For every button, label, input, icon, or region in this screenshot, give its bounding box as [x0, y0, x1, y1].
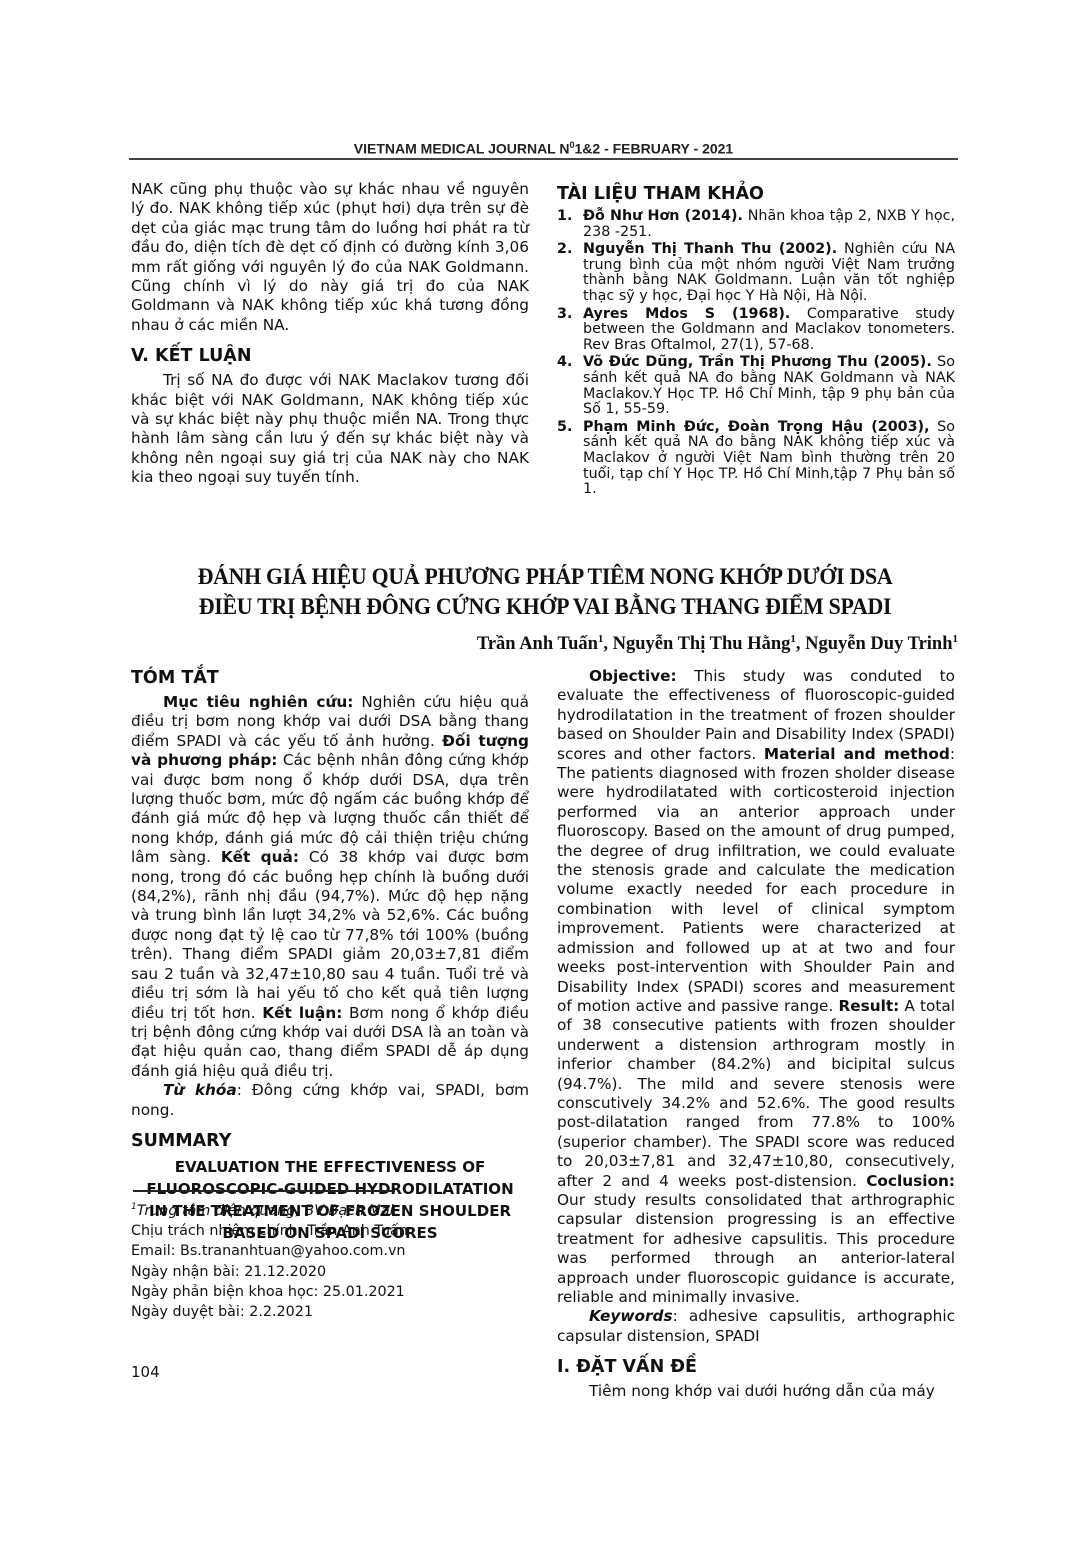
reference-authors: Nguyễn Thị Thanh Thu (2002). [583, 241, 837, 257]
keywords-label: Keywords [589, 1307, 673, 1325]
abstract-vietnamese: TÓM TẮT Mục tiêu nghiên cứu: Nghiên cứu … [131, 667, 529, 1244]
references-heading: TÀI LIỆU THAM KHẢO [557, 183, 955, 205]
english-abstract-paragraph: Objective: This study was conduted to ev… [557, 667, 955, 1307]
reference-item: 5.Phạm Minh Đức, Đoàn Trọng Hậu (2003), … [557, 420, 955, 498]
reference-authors: Ayres Mdos S (1968). [583, 306, 790, 322]
reference-item: 4.Võ Đức Dũng, Trần Thị Phương Thu (2005… [557, 355, 955, 417]
approval-date: Ngày duyệt bài: 2.2.2021 [131, 1302, 529, 1322]
keywords-label: Từ khóa [163, 1081, 237, 1099]
reference-item: 2.Nguyễn Thị Thanh Thu (2002). Nghiên cứ… [557, 242, 955, 304]
previous-article-left-column: NAK cũng phụ thuộc vào sự khác nhau về n… [131, 180, 529, 488]
conclusion-heading: V. KẾT LUẬN [131, 345, 529, 367]
article-title: ĐÁNH GIÁ HIỆU QUẢ PHƯƠNG PHÁP TIÊM NONG … [168, 562, 921, 622]
discussion-paragraph: NAK cũng phụ thuộc vào sự khác nhau về n… [131, 180, 529, 335]
reference-item: 1.Đỗ Như Hơn (2014). Nhãn khoa tập 2, NX… [557, 209, 955, 240]
english-keywords-paragraph: Keywords: adhesive capsulitis, arthograp… [557, 1307, 955, 1346]
reference-item: 3.Ayres Mdos S (1968). Comparative study… [557, 307, 955, 354]
journal-name-prefix: VIETNAM MEDICAL JOURNAL N [354, 141, 570, 157]
abstract-heading: TÓM TẮT [131, 667, 529, 689]
conclusion-label: Kết luận: [262, 1004, 342, 1022]
article-title-line-2: ĐIỀU TRỊ BỆNH ĐÔNG CỨNG KHỚP VAI BẰNG TH… [168, 592, 921, 622]
author-name: Nguyễn Thị Thu Hằng [613, 634, 791, 654]
reference-authors: Võ Đức Dũng, Trần Thị Phương Thu (2005). [583, 354, 932, 370]
author-separator: , [796, 634, 805, 654]
article-authors: Trần Anh Tuấn1, Nguyễn Thị Thu Hằng1, Ng… [477, 633, 958, 655]
affiliation-footnote: 1Trung tâm điện quang, BV Bạch Mai [131, 1197, 529, 1221]
method-label: Material and method [764, 745, 950, 763]
conclusion-label: Coclusion: [866, 1172, 955, 1190]
introduction-paragraph: Tiêm nong khớp vai dưới hướng dẫn của má… [557, 1382, 955, 1401]
footnote-divider [133, 1190, 395, 1192]
abstract-paragraph: Mục tiêu nghiên cứu: Nghiên cứu hiệu quả… [131, 693, 529, 1081]
abstract-english: Objective: This study was conduted to ev… [557, 667, 955, 1402]
introduction-heading: I. ĐẶT VẤN ĐỀ [557, 1356, 955, 1378]
journal-issue-date: 1&2 - FEBRUARY - 2021 [575, 141, 734, 157]
page-number: 104 [131, 1363, 160, 1381]
result-text: Có 38 khớp vai được bơm nong, trong đó c… [131, 848, 529, 1021]
article-title-line-1: ĐÁNH GIÁ HIỆU QUẢ PHƯƠNG PHÁP TIÊM NONG … [168, 562, 921, 592]
reference-authors: Đỗ Như Hơn (2014). [583, 208, 743, 224]
author-name: Nguyễn Duy Trinh [805, 634, 952, 654]
author-name: Trần Anh Tuấn [477, 634, 598, 654]
contact-email: Email: Bs.trananhtuan@yahoo.com.vn [131, 1241, 529, 1261]
conclusion-paragraph: Trị số NA đo được với NAK Maclakov tương… [131, 371, 529, 487]
conclusion-text: Our study results consolidated that arth… [557, 1191, 955, 1306]
review-date: Ngày phản biện khoa học: 25.01.2021 [131, 1282, 529, 1302]
journal-running-header: VIETNAM MEDICAL JOURNAL N01&2 - FEBRUARY… [129, 140, 958, 157]
result-text: A total of 38 consecutive patients with … [557, 997, 955, 1190]
received-date: Ngày nhận bài: 21.12.2020 [131, 1262, 529, 1282]
author-separator: , [603, 634, 612, 654]
footnotes: 1Trung tâm điện quang, BV Bạch Mai Chịu … [131, 1197, 529, 1323]
keywords-paragraph: Từ khóa: Đông cứng khớp vai, SPADI, bơm … [131, 1081, 529, 1120]
result-label: Kết quả: [221, 848, 299, 866]
method-text: : The patients diagnosed with frozen sho… [557, 745, 955, 1015]
result-label: Result: [838, 997, 899, 1015]
reference-authors: Phạm Minh Đức, Đoàn Trọng Hậu (2003), [583, 419, 930, 435]
objective-label: Mục tiêu nghiên cứu: [163, 693, 353, 711]
references-section: TÀI LIỆU THAM KHẢO 1.Đỗ Như Hơn (2014). … [557, 183, 955, 500]
summary-title-line: EVALUATION THE EFFECTIVENESS OF [137, 1156, 523, 1178]
summary-heading: SUMMARY [131, 1130, 529, 1152]
responsible-author: Chịu trách nhiệm chính: Trần Anh Tuấn [131, 1221, 529, 1241]
affiliation-text: Trung tâm điện quang, BV Bạch Mai [137, 1203, 394, 1219]
objective-label: Objective: [589, 667, 677, 685]
author-affiliation-sup: 1 [953, 633, 959, 645]
header-divider [129, 158, 958, 160]
